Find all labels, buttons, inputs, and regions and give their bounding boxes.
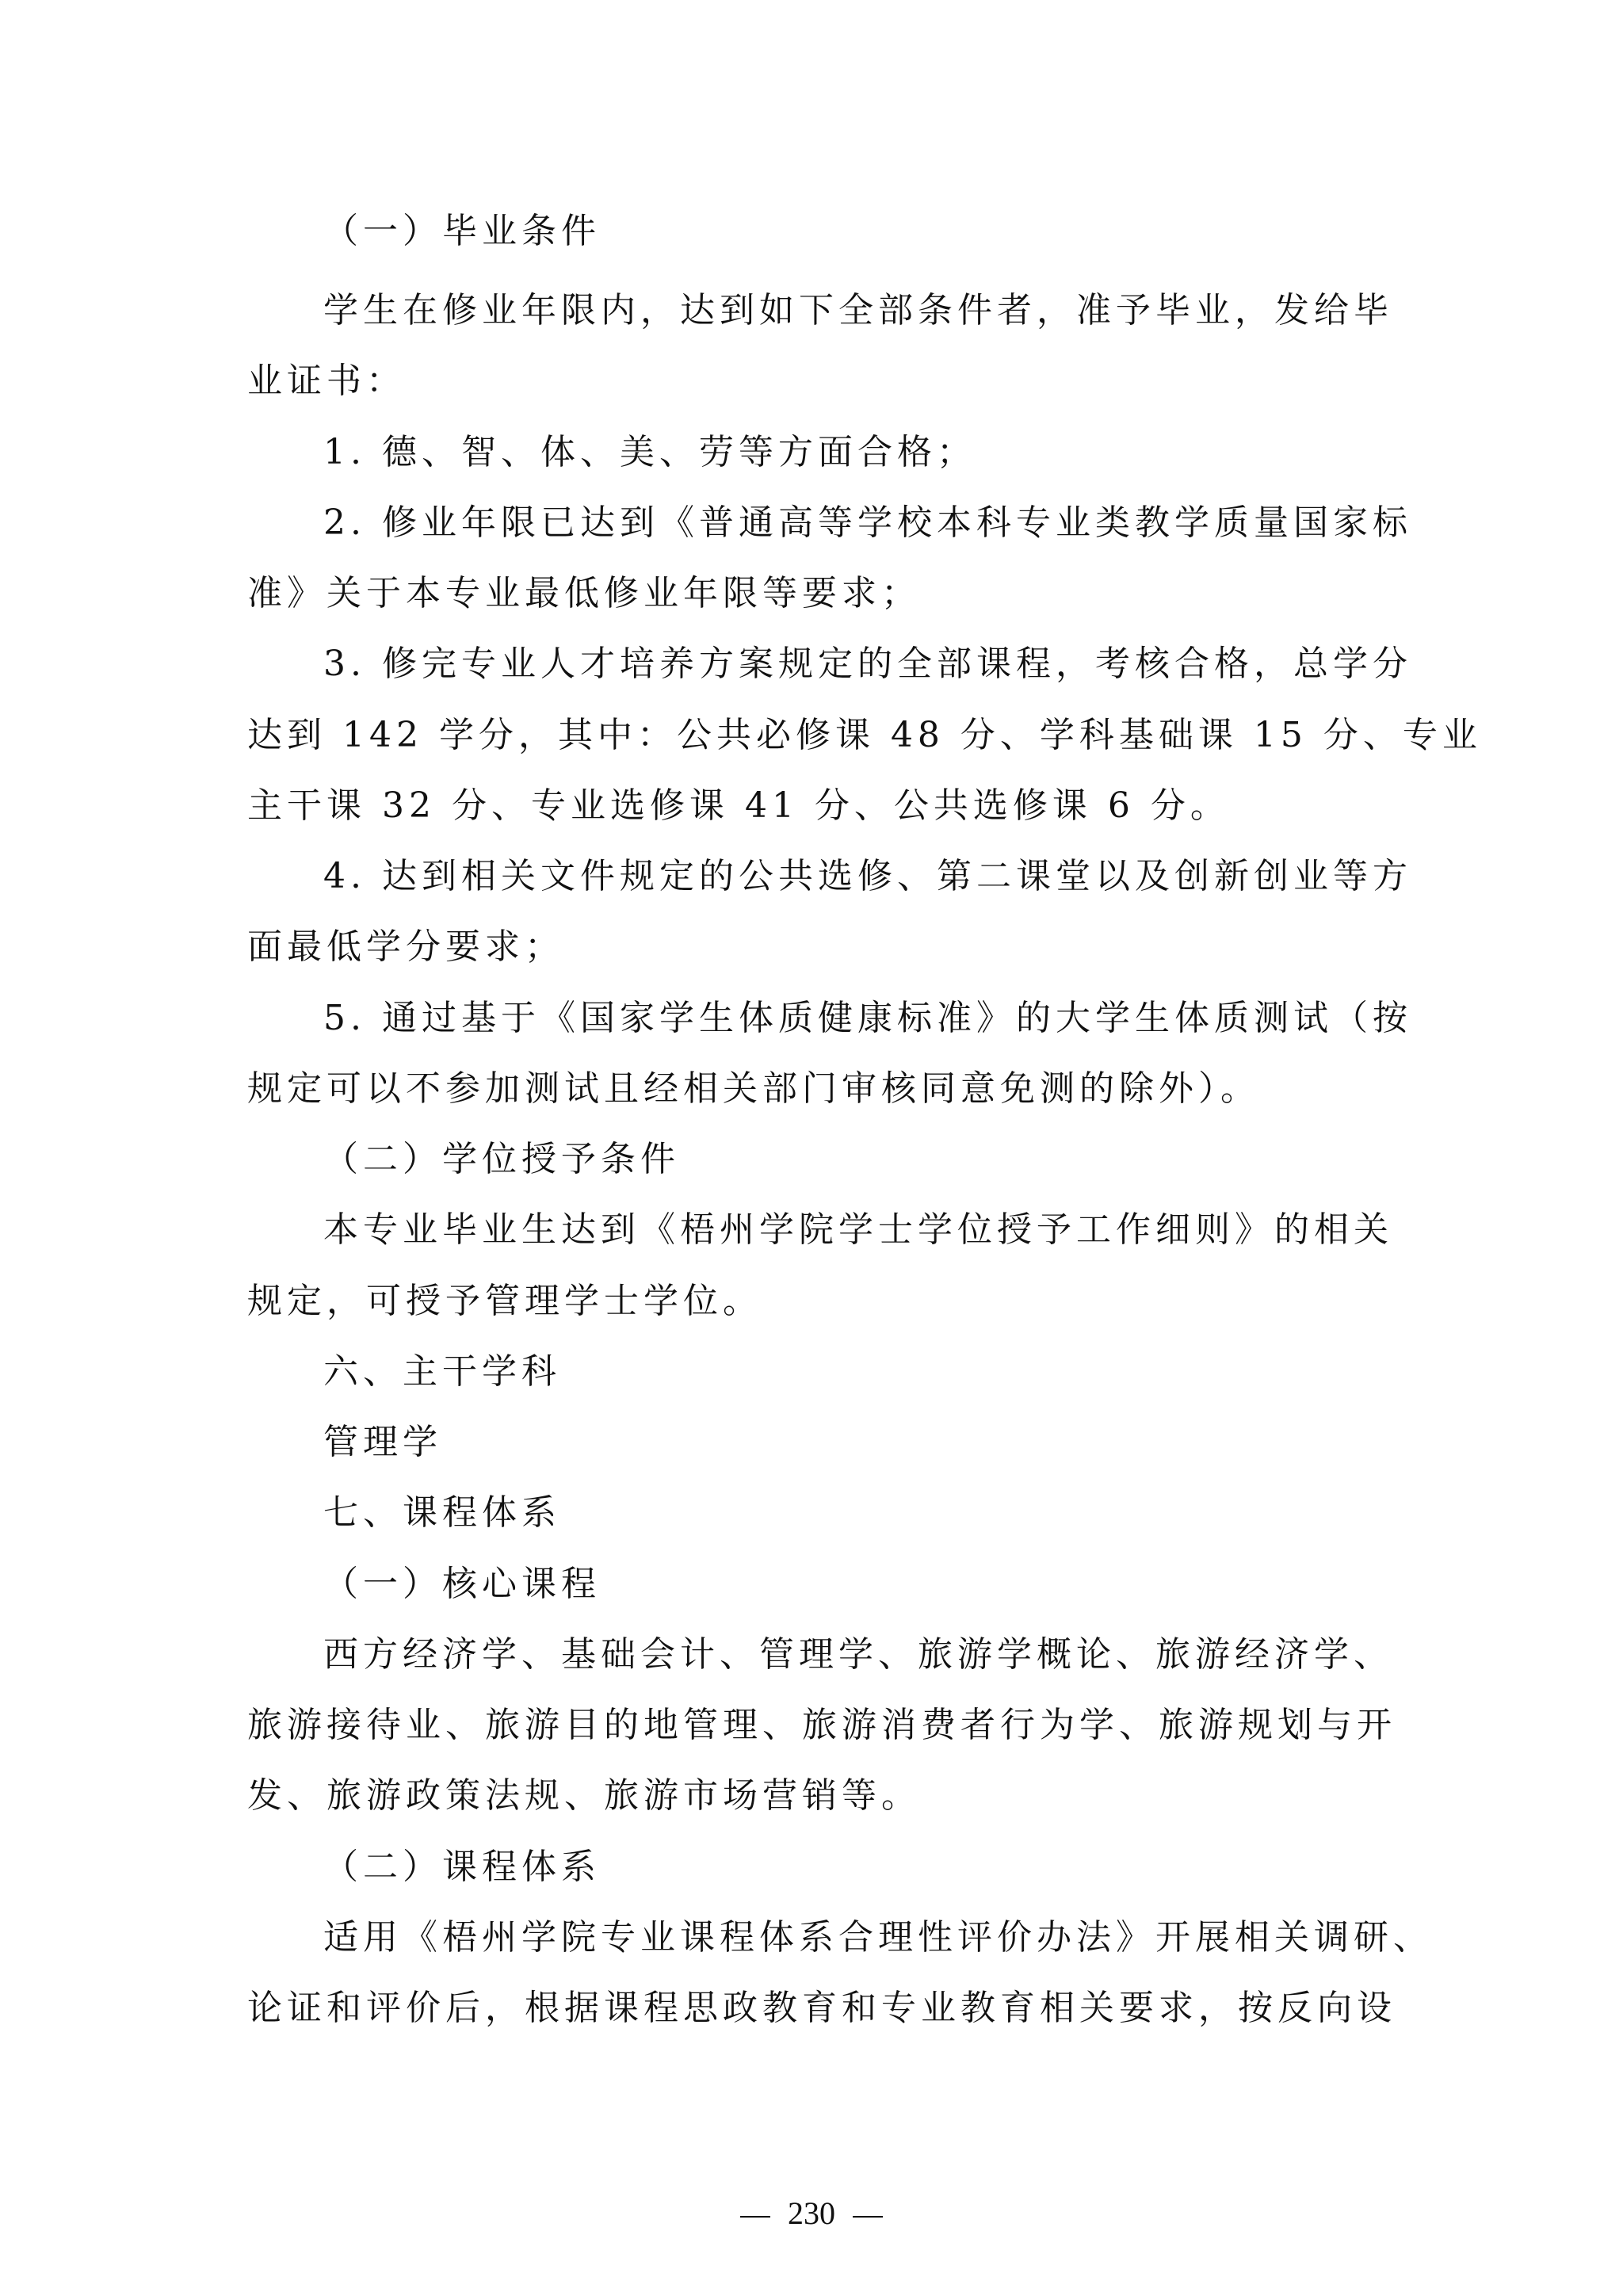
paragraph-line: 管理学 xyxy=(323,1419,442,1466)
paragraph-line: 本专业毕业生达到《梧州学院学士学位授予工作细则》的相关 xyxy=(323,1206,1393,1254)
list-item-5: 5. 通过基于《国家学生体质健康标准》的大学生体质测试（按 xyxy=(323,995,1412,1042)
list-item-3: 3. 修完专业人才培养方案规定的全部课程，考核合格，总学分 xyxy=(323,640,1412,688)
paragraph-line: 规定，可授予管理学士学位。 xyxy=(247,1278,762,1325)
list-item-4: 4. 达到相关文件规定的公共选修、第二课堂以及创新创业等方 xyxy=(323,853,1412,900)
heading-curriculum-system: 七、课程体系 xyxy=(323,1489,561,1537)
heading-degree-conditions: （二）学位授予条件 xyxy=(323,1136,680,1183)
paragraph-line: 适用《梧州学院专业课程体系合理性评价办法》开展相关调研、 xyxy=(323,1914,1433,1962)
paragraph-line: 论证和评价后，根据课程思政教育和专业教育相关要求，按反向设 xyxy=(247,1985,1396,2032)
heading-course-system: （二）课程体系 xyxy=(323,1843,601,1891)
heading-main-discipline: 六、主干学科 xyxy=(323,1348,561,1396)
paragraph-line: 西方经济学、基础会计、管理学、旅游学概论、旅游经济学、 xyxy=(323,1631,1393,1679)
list-item-3-cont: 主干课 32 分、专业选修课 41 分、公共选修课 6 分。 xyxy=(247,782,1230,830)
paragraph-line: 业证书： xyxy=(247,357,406,405)
list-item-5-cont: 规定可以不参加测试且经相关部门审核同意免测的除外）。 xyxy=(247,1065,1260,1113)
page-number: 230 xyxy=(788,2195,835,2231)
heading-graduation-conditions: （一）毕业条件 xyxy=(323,208,601,255)
paragraph-line: 学生在修业年限内，达到如下全部条件者，准予毕业，发给毕 xyxy=(323,287,1393,334)
list-item-2-cont: 准》关于本专业最低修业年限等要求； xyxy=(247,570,921,617)
list-item-4-cont: 面最低学分要求； xyxy=(247,923,564,971)
paragraph-line: 发、旅游政策法规、旅游市场营销等。 xyxy=(247,1772,921,1820)
list-item-2: 2. 修业年限已达到《普通高等学校本科专业类教学质量国家标 xyxy=(323,499,1412,547)
heading-core-courses: （一）核心课程 xyxy=(323,1561,601,1608)
list-item-1: 1. 德、智、体、美、劳等方面合格； xyxy=(323,429,976,476)
page-footer: 230 xyxy=(0,2194,1623,2233)
list-item-3-cont: 达到 142 学分，其中：公共必修课 48 分、学科基础课 15 分、专业 xyxy=(247,712,1482,759)
dash-left xyxy=(740,2216,770,2218)
paragraph-line: 旅游接待业、旅游目的地管理、旅游消费者行为学、旅游规划与开 xyxy=(247,1702,1396,1749)
document-page: （一）毕业条件 学生在修业年限内，达到如下全部条件者，准予毕业，发给毕 业证书：… xyxy=(0,0,1623,2296)
dash-right xyxy=(853,2216,883,2218)
